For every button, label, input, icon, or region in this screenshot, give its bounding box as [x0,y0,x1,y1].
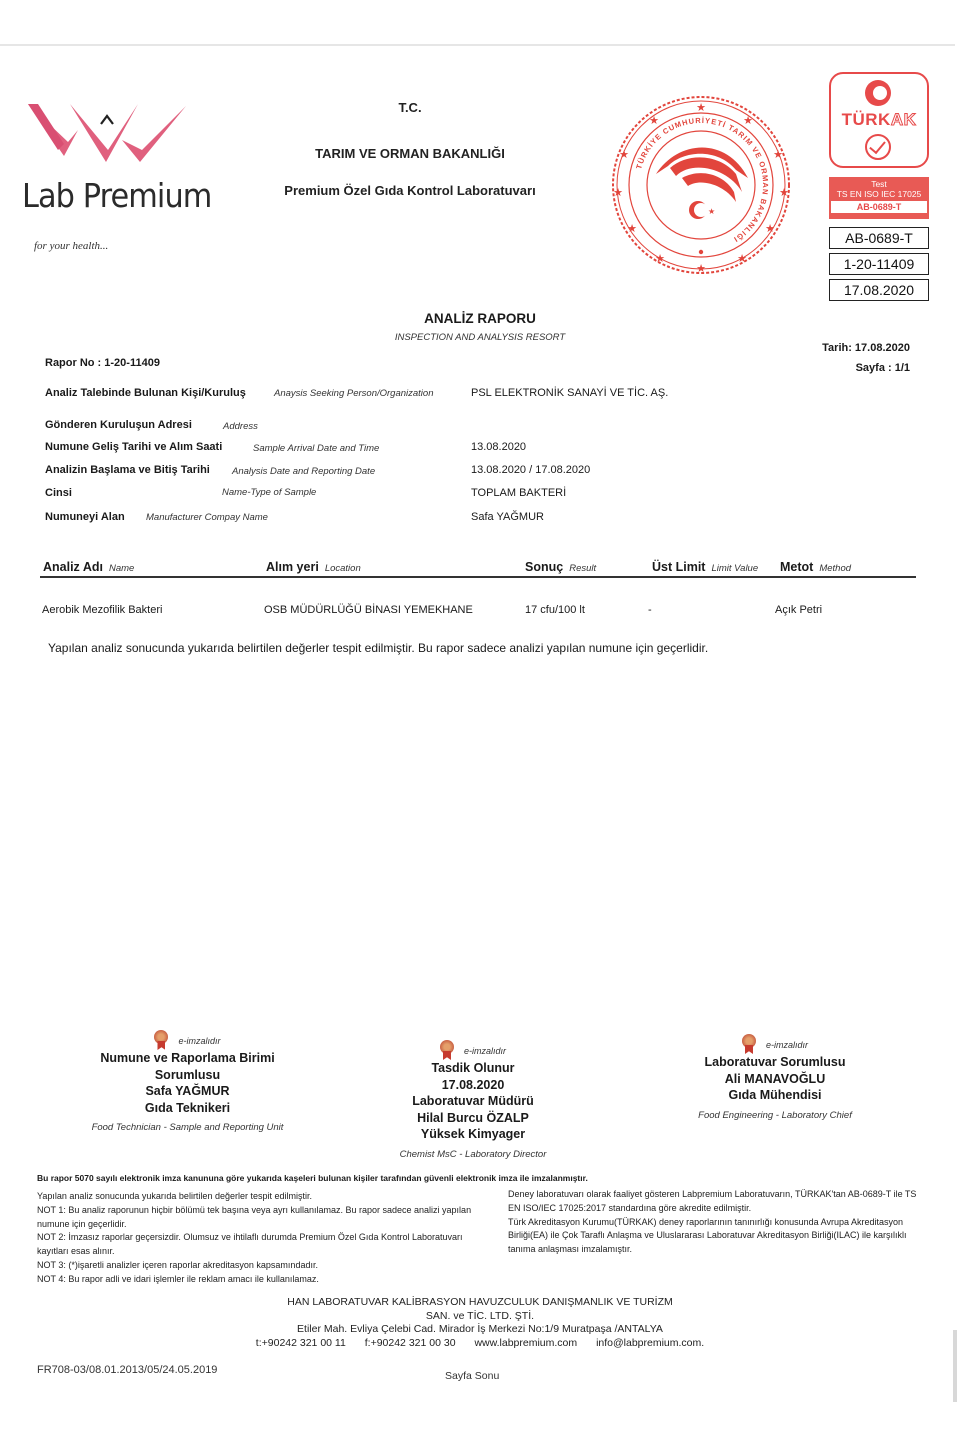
cell-method: Açık Petri [775,604,822,616]
e-signature-badge-icon [742,1034,756,1054]
report-date-box: 17.08.2020 [829,279,929,301]
email-link[interactable]: info@labpremium.com. [596,1337,704,1349]
field-value: PSL ELEKTRONİK SANAYİ VE TİC. AŞ. [471,387,668,399]
e-signature-badge-icon [154,1030,168,1050]
header-ministry: TARIM VE ORMAN BAKANLIĞI [230,146,590,161]
accreditation-notes: Deney laboratuvarı olarak faaliyet göste… [508,1188,918,1257]
signature-sample-unit: e-imzalıdır Numune ve Raporlama Birimi S… [80,1030,295,1137]
field-label: Numuneyi Alan [45,511,125,523]
band-standard: TS EN ISO IEC 17025 [829,189,929,199]
svg-text:★: ★ [627,223,637,235]
field-label: Numune Geliş Tarihi ve Alım Saati [45,441,222,453]
cell-location: OSB MÜDÜRLÜĞÜ BİNASI YEMEKHANE [264,604,473,616]
svg-text:★: ★ [613,187,623,199]
svg-text:★: ★ [696,102,706,114]
svg-text:★: ★ [765,223,775,235]
result-statement: Yapılan analiz sonucunda yukarıda belirt… [48,641,708,655]
turkak-crescent-icon [865,80,891,106]
field-value: 13.08.2020 / 17.08.2020 [471,464,590,476]
turkak-wordmark: TÜRKAK [831,110,927,130]
report-title: ANALİZ RAPORU [330,311,630,326]
page-top-edge [0,44,955,46]
company-footer: HAN LABORATUVAR KALİBRASYON HAVUZCULUK D… [200,1296,760,1350]
column-header-result: SonuçResult [525,560,596,574]
company-address: Etiler Mah. Evliya Çelebi Cad. Mirador İ… [200,1323,760,1337]
field-label: Analiz Talebinde Bulunan Kişi/Kuruluş [45,387,246,399]
report-number-box: 1-20-11409 [829,253,929,275]
check-circle-icon [865,134,891,160]
e-signature-badge-icon [440,1040,454,1060]
cell-analysis-name: Aerobik Mezofilik Bakteri [42,604,162,616]
header-lab-name: Premium Özel Gıda Kontrol Laboratuvarı [230,183,590,198]
column-header-limit: Üst LimitLimit Value [652,560,758,574]
report-notes: Yapılan analiz sonucunda yukarıda belirt… [37,1190,477,1287]
svg-text:★: ★ [649,115,659,127]
phone-number: t:+90242 321 00 11 [256,1337,346,1349]
svg-text:★: ★ [696,263,706,275]
svg-text:★: ★ [773,149,783,161]
accreditation-number-box: AB-0689-T [829,227,929,249]
field-value: 13.08.2020 [471,441,526,453]
ministry-seal-icon: ★★★ ★★★ ★★★ ★★★ TÜRKİYE CUMHURİYETİ TARI… [608,92,794,278]
table-header-divider [40,576,916,578]
band-accreditation-code: AB-0689-T [831,201,927,213]
page-number: Sayfa : 1/1 [856,362,910,374]
field-label-en: Sample Arrival Date and Time [253,443,379,454]
svg-text:★: ★ [708,207,715,216]
logo-tagline: for your health... [34,240,108,252]
field-label: Cinsi [45,487,72,499]
signature-lab-chief: e-imzalıdır Laboratuvar Sorumlusu Ali MA… [670,1034,880,1124]
svg-text:★: ★ [737,253,747,265]
report-date: Tarih: 17.08.2020 [822,342,910,354]
fax-number: f:+90242 321 00 30 [365,1337,456,1349]
turkak-accreditation-logo: TÜRKAK [829,72,929,168]
svg-text:★: ★ [655,253,665,265]
field-value: Safa YAĞMUR [471,511,544,523]
company-name: HAN LABORATUVAR KALİBRASYON HAVUZCULUK D… [200,1296,760,1310]
column-header-method: MetotMethod [780,560,851,574]
cell-result: 17 cfu/100 lt [525,604,585,616]
e-signature-legal-notice: Bu rapor 5070 sayılı elektronik imza kan… [37,1173,588,1183]
field-label: Analizin Başlama ve Bitiş Tarihi [45,464,210,476]
website-link[interactable]: www.labpremium.com [474,1337,577,1349]
cell-limit: - [648,604,652,616]
field-label-en: Anaysis Seeking Person/Organization [274,388,433,399]
lab-premium-logo-icon [28,100,188,170]
field-label-en: Name-Type of Sample [222,487,316,498]
form-code: FR708-03/08.01.2013/05/24.05.2019 [37,1364,217,1376]
company-type: SAN. ve TİC. LTD. ŞTİ. [200,1310,760,1324]
column-header-name: Analiz AdıName [43,560,134,574]
field-label-en: Analysis Date and Reporting Date [232,466,375,477]
page-right-edge [953,1330,957,1402]
svg-text:★: ★ [743,115,753,127]
page-end-marker: Sayfa Sonu [445,1370,499,1382]
field-label-en: Manufacturer Compay Name [146,512,268,523]
signature-lab-director: e-imzalıdır Tasdik Olunur 17.08.2020 Lab… [375,1040,571,1163]
lab-premium-wordmark: Lab Premium [22,176,211,215]
band-test-label: Test [829,177,929,189]
svg-text:★: ★ [619,149,629,161]
field-label: Gönderen Kuruluşun Adresi [45,419,192,431]
field-label-en: Address [223,421,258,432]
field-value: TOPLAM BAKTERİ [471,487,566,499]
report-subtitle: INSPECTION AND ANALYSIS RESORT [330,332,630,343]
svg-text:★: ★ [779,187,789,199]
header-tc: T.C. [230,100,590,115]
column-header-location: Alım yeriLocation [266,560,361,574]
turkak-test-band: Test TS EN ISO IEC 17025 AB-0689-T [829,177,929,219]
report-number: Rapor No : 1-20-11409 [45,357,160,369]
